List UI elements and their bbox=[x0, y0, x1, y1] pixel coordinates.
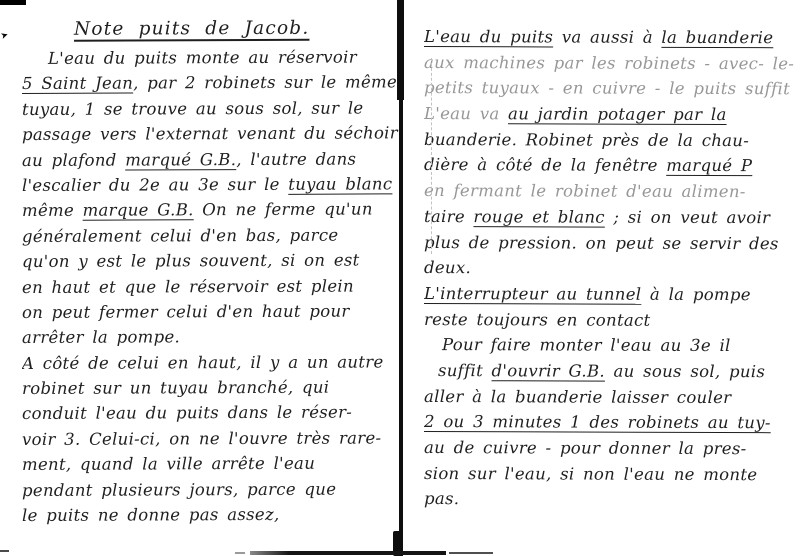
handwritten-line: taire rouge et blanc ; si on veut avoir bbox=[424, 204, 800, 231]
handwritten-line: sion sur l'eau, si non l'eau ne monte bbox=[424, 461, 800, 488]
handwritten-text-segment: arrêter la pompe. bbox=[22, 328, 180, 348]
handwritten-text-segment: va aussi à bbox=[553, 27, 661, 46]
handwritten-line: L'interrupteur au tunnel à la pompe bbox=[424, 281, 800, 308]
handwritten-line: aux machines par les robinets - avec- le… bbox=[424, 50, 800, 77]
handwritten-text-segment: L'eau du puits monte au réservoir bbox=[48, 48, 357, 68]
handwritten-text-segment: ; si on veut avoir bbox=[605, 207, 770, 227]
handwritten-line: deux. bbox=[424, 255, 800, 282]
handwritten-text-segment: tuyau, 1 se trouve au sous sol, sur le bbox=[22, 98, 363, 118]
underlined-text-segment: 5 Saint Jean bbox=[22, 74, 133, 93]
handwritten-line: plus de pression. on peut se servir des bbox=[424, 230, 800, 257]
underlined-text-segment: marque G.B. bbox=[83, 201, 194, 220]
handwritten-line: buanderie. Robinet près de la chau- bbox=[424, 127, 800, 154]
handwritten-text-segment: aux machines par les robinets - avec- le… bbox=[424, 53, 794, 73]
handwritten-line: en haut et que le réservoir est plein bbox=[22, 273, 399, 300]
handwritten-text-segment: au sous sol, puis bbox=[605, 362, 765, 382]
arrow-mark-icon: ➤ bbox=[0, 30, 10, 42]
handwritten-text-segment: suffit bbox=[438, 361, 492, 380]
handwritten-text-segment: à la pompe bbox=[641, 285, 751, 304]
document-title-line: Note puits de Jacob. bbox=[22, 16, 399, 46]
underlined-text-segment: L'interrupteur au tunnel bbox=[424, 284, 641, 304]
handwritten-text-segment: petits tuyaux - en cuivre - le puits suf… bbox=[424, 78, 790, 98]
handwritten-text-segment: conduit l'eau du puits dans le réser- bbox=[22, 403, 352, 423]
handwritten-line: petits tuyaux - en cuivre - le puits suf… bbox=[424, 75, 800, 102]
handwritten-line: L'eau va au jardin potager par la bbox=[424, 101, 800, 128]
underlined-text-segment: d'ouvrir G.B. bbox=[492, 361, 605, 380]
scan-artifact-bottom-left-dash bbox=[0, 550, 9, 552]
underlined-text-segment: rouge et blanc bbox=[473, 207, 604, 226]
handwritten-line: le puits ne donne pas assez, bbox=[22, 501, 399, 528]
handwritten-text-segment: le puits ne donne pas assez, bbox=[22, 505, 280, 525]
handwritten-text-segment: A côté de celui en haut, il y a un autre bbox=[22, 352, 384, 373]
scan-artifact-bottom-tick bbox=[235, 552, 245, 554]
handwritten-text-segment: voir 3. Celui-ci, on ne l'ouvre très rar… bbox=[22, 428, 381, 449]
handwritten-text-segment: ment, quand la ville arrête l'eau bbox=[22, 454, 315, 474]
handwritten-text-segment: au plafond bbox=[22, 150, 125, 169]
handwritten-line: on peut fermer celui d'en haut pour bbox=[22, 298, 399, 325]
handwritten-text-segment: reste toujours en contact bbox=[424, 310, 651, 330]
scan-artifact-top-left-bar bbox=[0, 0, 26, 5]
handwritten-text-segment: même bbox=[22, 201, 83, 220]
handwritten-text-segment: en fermant le robinet d'eau alimen- bbox=[424, 181, 746, 201]
underlined-text-segment: marqué P bbox=[666, 156, 752, 175]
handwritten-line: qu'on y est le plus souvent, si on est bbox=[22, 247, 399, 274]
handwritten-line: L'eau du puits va aussi à la buanderie bbox=[424, 24, 800, 51]
handwritten-text-segment: , par 2 robinets sur le même bbox=[133, 73, 397, 93]
handwritten-text-segment: en haut et que le réservoir est plein bbox=[22, 276, 354, 296]
handwritten-line: aller à la buanderie laisser couler bbox=[424, 384, 800, 411]
handwritten-line: arrêter la pompe. bbox=[22, 324, 399, 351]
handwritten-line: au plafond marqué G.B., l'autre dans bbox=[22, 146, 399, 173]
handwritten-line: voir 3. Celui-ci, on ne l'ouvre très rar… bbox=[22, 425, 399, 452]
handwritten-line: en fermant le robinet d'eau alimen- bbox=[424, 178, 800, 205]
handwritten-text-segment: robinet sur un tuyau branché, qui bbox=[22, 378, 329, 398]
handwritten-line: même marque G.B. On ne ferme qu'un bbox=[22, 197, 399, 224]
handwritten-text-segment: on peut fermer celui d'en haut pour bbox=[22, 301, 350, 321]
handwritten-text-segment: généralement celui d'en bas, parce bbox=[22, 225, 338, 245]
scan-artifact-bottom-short-line bbox=[449, 552, 493, 554]
underlined-text-segment: Note puits de Jacob. bbox=[74, 18, 310, 40]
handwritten-line: pas. bbox=[424, 486, 800, 513]
underlined-text-segment: 2 ou 3 minutes 1 des robinets au tuy- bbox=[424, 412, 771, 432]
handwritten-line: conduit l'eau du puits dans le réser- bbox=[22, 400, 399, 427]
handwritten-line: dière à côté de la fenêtre marqué P bbox=[424, 152, 800, 179]
handwritten-line: 5 Saint Jean, par 2 robinets sur le même bbox=[22, 70, 399, 97]
handwritten-line: au de cuivre - pour donner la pres- bbox=[424, 435, 800, 462]
handwritten-line: passage vers l'externat venant du séchoi… bbox=[22, 121, 399, 148]
underlined-text-segment: tuyau blanc bbox=[288, 174, 392, 193]
book-spine-top-thick bbox=[397, 0, 404, 100]
handwritten-line: l'escalier du 2e au 3e sur le tuyau blan… bbox=[22, 171, 399, 198]
handwritten-text-segment: On ne ferme qu'un bbox=[194, 200, 373, 220]
handwritten-text-segment: plus de pression. on peut se servir des bbox=[424, 233, 779, 253]
handwritten-text-segment: l'escalier du 2e au 3e sur le bbox=[22, 175, 288, 195]
handwritten-text-segment: buanderie. Robinet près de la chau- bbox=[424, 130, 749, 150]
handwritten-line: A côté de celui en haut, il y a un autre bbox=[22, 349, 399, 376]
right-page: L'eau du puits va aussi à la buanderieau… bbox=[424, 24, 800, 556]
handwritten-line: Pour faire monter l'eau au 3e il bbox=[424, 332, 800, 359]
handwritten-text-segment: sion sur l'eau, si non l'eau ne monte bbox=[424, 464, 757, 484]
left-page: Note puits de Jacob.L'eau du puits monte… bbox=[22, 16, 399, 556]
handwritten-line: pendant plusieurs jours, parce que bbox=[22, 476, 399, 503]
handwritten-text-segment: L'eau va bbox=[424, 104, 508, 123]
underlined-text-segment: la buanderie bbox=[661, 28, 773, 47]
handwritten-line: tuyau, 1 se trouve au sous sol, sur le bbox=[22, 95, 399, 122]
underlined-text-segment: L'eau du puits bbox=[424, 27, 553, 46]
underlined-text-segment: au jardin potager par la bbox=[508, 104, 727, 124]
handwritten-line: généralement celui d'en bas, parce bbox=[22, 222, 399, 249]
scanned-notebook-spread: Note puits de Jacob.L'eau du puits monte… bbox=[0, 0, 800, 556]
handwritten-text-segment: , l'autre dans bbox=[236, 149, 356, 169]
handwritten-line: ment, quand la ville arrête l'eau bbox=[22, 451, 399, 478]
handwritten-text-segment: qu'on y est le plus souvent, si on est bbox=[22, 251, 360, 271]
handwritten-text-segment: pas. bbox=[424, 489, 459, 508]
handwritten-line: suffit d'ouvrir G.B. au sous sol, puis bbox=[424, 358, 800, 385]
underlined-text-segment: marqué G.B. bbox=[125, 150, 236, 169]
handwritten-text-segment: aller à la buanderie laisser couler bbox=[424, 387, 731, 407]
handwritten-text-segment: passage vers l'externat venant du séchoi… bbox=[22, 124, 398, 145]
scan-artifact-bottom-shadow-band bbox=[250, 551, 446, 555]
handwritten-text-segment: au de cuivre - pour donner la pres- bbox=[424, 438, 747, 458]
handwritten-line: 2 ou 3 minutes 1 des robinets au tuy- bbox=[424, 409, 800, 436]
handwritten-line: reste toujours en contact bbox=[424, 307, 800, 334]
handwritten-line: L'eau du puits monte au réservoir bbox=[22, 44, 399, 71]
handwritten-text-segment: pendant plusieurs jours, parce que bbox=[22, 479, 336, 499]
handwritten-text-segment: Pour faire monter l'eau au 3e il bbox=[442, 335, 731, 355]
handwritten-text-segment: deux. bbox=[424, 258, 471, 277]
handwritten-line: robinet sur un tuyau branché, qui bbox=[22, 374, 399, 401]
notebook-margin-rule bbox=[431, 58, 432, 254]
handwritten-text-segment: dière à côté de la fenêtre bbox=[424, 155, 666, 175]
